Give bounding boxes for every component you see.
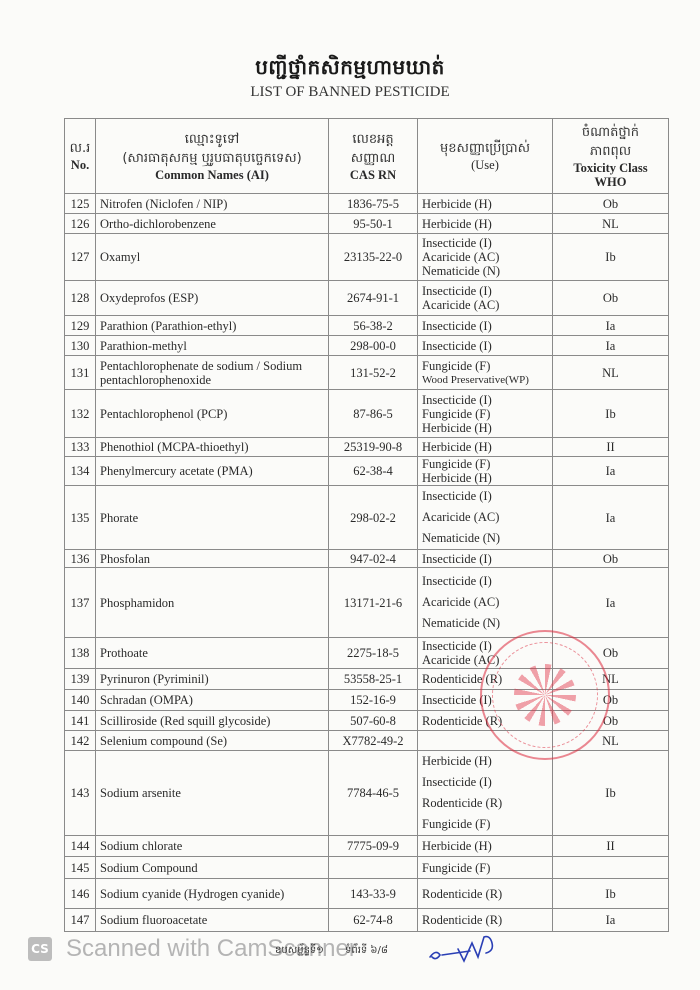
row-number: 133 xyxy=(65,438,96,457)
header-cas-km-2: សញ្ញាណ xyxy=(333,149,413,168)
cas-number: X7782-49-2 xyxy=(329,731,418,751)
toxicity-class: NL xyxy=(553,214,669,234)
toxicity-class xyxy=(553,857,669,879)
common-name: Phorate xyxy=(96,486,329,550)
use-item: Herbicide (H) xyxy=(422,197,548,211)
toxicity-class: NL xyxy=(553,731,669,751)
use-cell: Herbicide (H) xyxy=(418,214,553,234)
cas-number: 2674-91-1 xyxy=(329,281,418,316)
use-item: Insecticide (I) xyxy=(422,571,548,592)
use-cell: Insecticide (I) xyxy=(418,690,553,711)
use-item: Insecticide (I) xyxy=(422,552,548,566)
use-cell: Fungicide (F)Wood Preservative(WP) xyxy=(418,356,553,390)
cas-number xyxy=(329,857,418,879)
common-name: Ortho-dichlorobenzene xyxy=(96,214,329,234)
table-row: 145Sodium CompoundFungicide (F) xyxy=(65,857,669,879)
header-cas-en: CAS RN xyxy=(333,168,413,182)
use-item: Rodenticide (R) xyxy=(422,887,548,901)
cas-number: 947-02-4 xyxy=(329,550,418,568)
common-name: Oxamyl xyxy=(96,234,329,281)
header-no-en: No. xyxy=(69,158,91,173)
cas-number: 53558-25-1 xyxy=(329,669,418,690)
header-use-km: មុខសញ្ញាប្រើប្រាស់ xyxy=(422,139,548,158)
common-name: Phosphamidon xyxy=(96,568,329,638)
toxicity-class: Ob xyxy=(553,194,669,214)
cas-number: 7784-46-5 xyxy=(329,751,418,836)
table-row: 147Sodium fluoroacetate62-74-8Rodenticid… xyxy=(65,909,669,932)
use-cell: Rodenticide (R) xyxy=(418,669,553,690)
use-item: Herbicide (H) xyxy=(422,440,548,454)
header-tox-km-2: ភាពពុល xyxy=(557,142,664,161)
header-use: មុខសញ្ញាប្រើប្រាស់ (Use) xyxy=(418,119,553,194)
toxicity-class: Ob xyxy=(553,550,669,568)
cas-number: 23135-22-0 xyxy=(329,234,418,281)
cas-number: 25319-90-8 xyxy=(329,438,418,457)
use-item: Fungicide (F) xyxy=(422,407,548,421)
use-item: Herbicide (H) xyxy=(422,217,548,231)
table-row: 133Phenothiol (MCPA-thioethyl)25319-90-8… xyxy=(65,438,669,457)
header-tox-km-1: ចំណាត់ថ្នាក់ xyxy=(557,123,664,142)
common-name: Sodium arsenite xyxy=(96,751,329,836)
cas-number: 7775-09-9 xyxy=(329,836,418,857)
row-number: 142 xyxy=(65,731,96,751)
common-name: Nitrofen (Niclofen / NIP) xyxy=(96,194,329,214)
table-row: 134Phenylmercury acetate (PMA)62-38-4Fun… xyxy=(65,457,669,486)
common-name: Selenium compound (Se) xyxy=(96,731,329,751)
cas-number: 56-38-2 xyxy=(329,316,418,336)
row-number: 144 xyxy=(65,836,96,857)
row-number: 125 xyxy=(65,194,96,214)
table-row: 130Parathion-methyl298-00-0Insecticide (… xyxy=(65,336,669,356)
table-row: 125Nitrofen (Niclofen / NIP)1836-75-5Her… xyxy=(65,194,669,214)
header-name-km-2: (សារធាតុសកម្ម ឬរូបធាតុបច្ចេកទេស) xyxy=(100,149,324,168)
cas-number: 507-60-8 xyxy=(329,711,418,731)
toxicity-class: Ib xyxy=(553,879,669,909)
row-number: 146 xyxy=(65,879,96,909)
table-row: 131Pentachlorophenate de sodium / Sodium… xyxy=(65,356,669,390)
toxicity-class: NL xyxy=(553,356,669,390)
row-number: 140 xyxy=(65,690,96,711)
common-name: Oxydeprofos (ESP) xyxy=(96,281,329,316)
row-number: 135 xyxy=(65,486,96,550)
use-item: Acaricide (AC) xyxy=(422,250,548,264)
use-item: Insecticide (I) xyxy=(422,693,548,707)
common-name: Sodium Compound xyxy=(96,857,329,879)
header-no-km: ល.រ xyxy=(69,139,91,158)
header-name-en: Common Names (AI) xyxy=(100,168,324,182)
toxicity-class: Ob xyxy=(553,711,669,731)
use-item: Fungicide (F) xyxy=(422,814,548,835)
use-cell: Insecticide (I) xyxy=(418,550,553,568)
use-item: Acaricide (AC) xyxy=(422,298,548,312)
cas-number: 13171-21-6 xyxy=(329,568,418,638)
common-name: Prothoate xyxy=(96,638,329,669)
use-item: Acaricide (AC) xyxy=(422,507,548,528)
use-item: Nematicide (N) xyxy=(422,613,548,634)
use-item: Insecticide (I) xyxy=(422,319,548,333)
title-english: LIST OF BANNED PESTICIDE xyxy=(0,83,700,101)
row-number: 126 xyxy=(65,214,96,234)
cas-number: 131-52-2 xyxy=(329,356,418,390)
use-item: Rodenticide (R) xyxy=(422,672,548,686)
header-tox-en-1: Toxicity Class xyxy=(557,161,664,175)
use-item: Herbicide (H) xyxy=(422,421,548,435)
cas-number: 62-74-8 xyxy=(329,909,418,932)
use-item: Acaricide (AC) xyxy=(422,653,548,667)
header-common-name: ឈ្មោះទូទៅ (សារធាតុសកម្ម ឬរូបធាតុបច្ចេកទេ… xyxy=(96,119,329,194)
table-row: 141Scilliroside (Red squill glycoside)50… xyxy=(65,711,669,731)
use-item: Fungicide (F) xyxy=(422,359,548,373)
common-name: Schradan (OMPA) xyxy=(96,690,329,711)
table-row: 132Pentachlorophenol (PCP)87-86-5Insecti… xyxy=(65,390,669,438)
row-number: 130 xyxy=(65,336,96,356)
row-number: 145 xyxy=(65,857,96,879)
use-item: Wood Preservative(WP) xyxy=(422,373,548,387)
row-number: 136 xyxy=(65,550,96,568)
page-footer: CS Scanned with CamScanner ឧបសម្ព័ន្ធទី១… xyxy=(28,935,688,975)
row-number: 139 xyxy=(65,669,96,690)
use-item: Fungicide (F) xyxy=(422,861,548,875)
use-item: Fungicide (F) xyxy=(422,457,548,471)
use-item: Insecticide (I) xyxy=(422,339,548,353)
common-name: Sodium cyanide (Hydrogen cyanide) xyxy=(96,879,329,909)
use-item: Insecticide (I) xyxy=(422,772,548,793)
table-row: 146Sodium cyanide (Hydrogen cyanide)143-… xyxy=(65,879,669,909)
use-cell: Herbicide (H) xyxy=(418,836,553,857)
cas-number: 95-50-1 xyxy=(329,214,418,234)
common-name: Pentachlorophenol (PCP) xyxy=(96,390,329,438)
use-item: Rodenticide (R) xyxy=(422,714,548,728)
common-name: Phenylmercury acetate (PMA) xyxy=(96,457,329,486)
cas-number: 2275-18-5 xyxy=(329,638,418,669)
use-item: Herbicide (H) xyxy=(422,839,548,853)
use-item: Nematicide (N) xyxy=(422,264,548,278)
use-cell: Insecticide (I)Acaricide (AC)Nematicide … xyxy=(418,234,553,281)
row-number: 147 xyxy=(65,909,96,932)
use-cell xyxy=(418,731,553,751)
header-toxicity: ចំណាត់ថ្នាក់ ភាពពុល Toxicity Class WHO xyxy=(553,119,669,194)
table-header-row: ល.រ No. ឈ្មោះទូទៅ (សារធាតុសកម្ម ឬរូបធាតុ… xyxy=(65,119,669,194)
toxicity-class: Ia xyxy=(553,486,669,550)
common-name: Sodium fluoroacetate xyxy=(96,909,329,932)
use-cell: Fungicide (F)Herbicide (H) xyxy=(418,457,553,486)
use-cell: Insecticide (I) xyxy=(418,336,553,356)
header-name-km-1: ឈ្មោះទូទៅ xyxy=(100,130,324,149)
use-item: Rodenticide (R) xyxy=(422,913,548,927)
page-reference: ឧបសម្ព័ន្ធទី១ ទំព័រទី ៦/៨ xyxy=(275,943,406,958)
table-row: 140Schradan (OMPA)152-16-9Insecticide (I… xyxy=(65,690,669,711)
use-cell: Insecticide (I)Acaricide (AC) xyxy=(418,281,553,316)
header-cas: លេខអត្ត សញ្ញាណ CAS RN xyxy=(329,119,418,194)
row-number: 138 xyxy=(65,638,96,669)
toxicity-class: Ia xyxy=(553,568,669,638)
row-number: 134 xyxy=(65,457,96,486)
row-number: 131 xyxy=(65,356,96,390)
use-cell: Herbicide (H) xyxy=(418,194,553,214)
use-item: Acaricide (AC) xyxy=(422,592,548,613)
row-number: 137 xyxy=(65,568,96,638)
row-number: 132 xyxy=(65,390,96,438)
toxicity-class: Ia xyxy=(553,316,669,336)
use-item: Insecticide (I) xyxy=(422,393,548,407)
banned-pesticide-table: ល.រ No. ឈ្មោះទូទៅ (សារធាតុសកម្ម ឬរូបធាតុ… xyxy=(64,118,669,932)
toxicity-class: Ob xyxy=(553,690,669,711)
table-row: 138Prothoate2275-18-5Insecticide (I)Acar… xyxy=(65,638,669,669)
row-number: 128 xyxy=(65,281,96,316)
use-cell: Insecticide (I)Acaricide (AC)Nematicide … xyxy=(418,568,553,638)
row-number: 127 xyxy=(65,234,96,281)
use-item: Nematicide (N) xyxy=(422,528,548,549)
signature-icon xyxy=(428,935,518,967)
header-tox-en-2: WHO xyxy=(557,175,664,189)
table-row: 139Pyrinuron (Pyriminil)53558-25-1Rodent… xyxy=(65,669,669,690)
toxicity-class: Ia xyxy=(553,336,669,356)
cas-number: 62-38-4 xyxy=(329,457,418,486)
cas-number: 143-33-9 xyxy=(329,879,418,909)
row-number: 141 xyxy=(65,711,96,731)
table-row: 128Oxydeprofos (ESP)2674-91-1Insecticide… xyxy=(65,281,669,316)
common-name: Parathion (Parathion-ethyl) xyxy=(96,316,329,336)
table-row: 143Sodium arsenite7784-46-5Herbicide (H)… xyxy=(65,751,669,836)
cas-number: 87-86-5 xyxy=(329,390,418,438)
table-row: 136Phosfolan947-02-4Insecticide (I)Ob xyxy=(65,550,669,568)
title-khmer: បញ្ជីថ្នាំកសិកម្មហាមឃាត់ xyxy=(0,55,700,79)
row-number: 129 xyxy=(65,316,96,336)
common-name: Pyrinuron (Pyriminil) xyxy=(96,669,329,690)
header-no: ល.រ No. xyxy=(65,119,96,194)
toxicity-class: Ia xyxy=(553,909,669,932)
use-cell: Insecticide (I) xyxy=(418,316,553,336)
table-row: 135Phorate298-02-2Insecticide (I)Acarici… xyxy=(65,486,669,550)
camscanner-logo-icon: CS xyxy=(28,937,52,961)
toxicity-class: Ia xyxy=(553,457,669,486)
table-row: 142Selenium compound (Se)X7782-49-2NL xyxy=(65,731,669,751)
toxicity-class: Ob xyxy=(553,281,669,316)
toxicity-class: Ib xyxy=(553,390,669,438)
use-cell: Herbicide (H) xyxy=(418,438,553,457)
table-body: 125Nitrofen (Niclofen / NIP)1836-75-5Her… xyxy=(65,194,669,932)
use-cell: Herbicide (H)Insecticide (I)Rodenticide … xyxy=(418,751,553,836)
row-number: 143 xyxy=(65,751,96,836)
use-item: Insecticide (I) xyxy=(422,639,548,653)
common-name: Phenothiol (MCPA-thioethyl) xyxy=(96,438,329,457)
cas-number: 298-02-2 xyxy=(329,486,418,550)
toxicity-class: Ib xyxy=(553,234,669,281)
common-name: Pentachlorophenate de sodium / Sodium pe… xyxy=(96,356,329,390)
cas-number: 1836-75-5 xyxy=(329,194,418,214)
use-cell: Insecticide (I)Acaricide (AC) xyxy=(418,638,553,669)
header-use-en: (Use) xyxy=(422,158,548,173)
use-item: Herbicide (H) xyxy=(422,751,548,772)
use-item: Insecticide (I) xyxy=(422,236,548,250)
use-cell: Fungicide (F) xyxy=(418,857,553,879)
annex-label: ឧបសម្ព័ន្ធទី១ xyxy=(275,945,324,956)
table-row: 129Parathion (Parathion-ethyl)56-38-2Ins… xyxy=(65,316,669,336)
use-cell: Rodenticide (R) xyxy=(418,879,553,909)
use-item: Herbicide (H) xyxy=(422,471,548,485)
table-row: 126Ortho-dichlorobenzene95-50-1Herbicide… xyxy=(65,214,669,234)
page-number: ទំព័រទី ៦/៨ xyxy=(345,945,388,956)
table-row: 137Phosphamidon13171-21-6Insecticide (I)… xyxy=(65,568,669,638)
toxicity-class: Ib xyxy=(553,751,669,836)
use-item: Insecticide (I) xyxy=(422,284,548,298)
use-item: Insecticide (I) xyxy=(422,486,548,507)
common-name: Parathion-methyl xyxy=(96,336,329,356)
cas-number: 152-16-9 xyxy=(329,690,418,711)
document-title-block: បញ្ជីថ្នាំកសិកម្មហាមឃាត់ LIST OF BANNED … xyxy=(0,55,700,101)
toxicity-class: II xyxy=(553,438,669,457)
common-name: Phosfolan xyxy=(96,550,329,568)
toxicity-class: Ob xyxy=(553,638,669,669)
use-cell: Rodenticide (R) xyxy=(418,909,553,932)
use-cell: Rodenticide (R) xyxy=(418,711,553,731)
use-cell: Insecticide (I)Acaricide (AC)Nematicide … xyxy=(418,486,553,550)
header-cas-km-1: លេខអត្ត xyxy=(333,130,413,149)
use-item: Rodenticide (R) xyxy=(422,793,548,814)
use-cell: Insecticide (I)Fungicide (F)Herbicide (H… xyxy=(418,390,553,438)
table-row: 144Sodium chlorate7775-09-9Herbicide (H)… xyxy=(65,836,669,857)
table-row: 127Oxamyl23135-22-0Insecticide (I)Acaric… xyxy=(65,234,669,281)
toxicity-class: NL xyxy=(553,669,669,690)
common-name: Scilliroside (Red squill glycoside) xyxy=(96,711,329,731)
common-name: Sodium chlorate xyxy=(96,836,329,857)
toxicity-class: II xyxy=(553,836,669,857)
cas-number: 298-00-0 xyxy=(329,336,418,356)
